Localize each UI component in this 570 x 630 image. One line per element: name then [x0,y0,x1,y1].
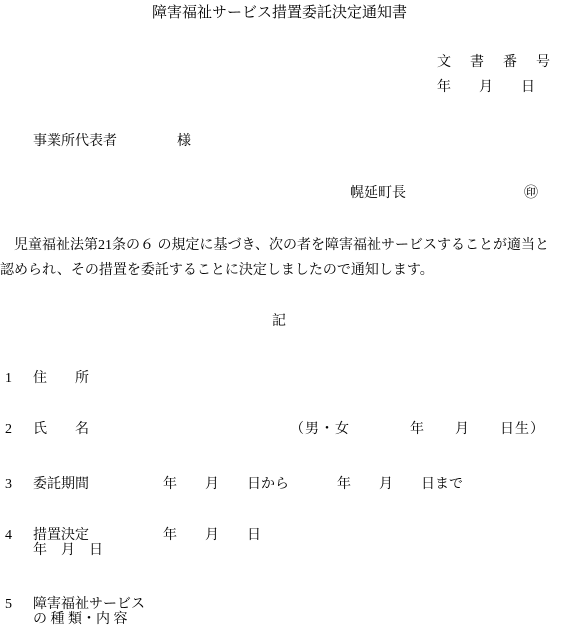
item-label-decision: 措置決定 [33,528,89,544]
body-paragraph-line1: 児童福祉法第21条の６ の規定に基づき、次の者を障害福祉サービスすることが適当と [0,238,549,254]
body-paragraph-line2: 認められ、その措置を委託することに決定しましたので通知します。 [0,263,434,279]
document-page: 障害福祉サービス措置委託決定通知書 文 書 番 号 年 月 日 事業所代表者 様… [0,0,570,630]
seal-mark-icon: ㊞ [524,186,538,202]
item-number: 4 [5,528,12,544]
doc-date-placeholder: 年 月 日 [437,80,535,96]
item-number: 5 [5,597,12,613]
list-marker: 記 [272,314,286,330]
decision-date-fields: 年 月 日 [163,528,261,544]
issuer-title: 幌延町長 [350,186,406,202]
addressee-honorific: 様 [177,134,191,150]
birth-date-fields: （男・女 年 月 日生） [290,422,545,438]
item-label-period: 委託期間 [33,477,89,493]
item-number: 1 [5,371,12,387]
item-number: 2 [5,422,12,438]
item-label-service-line2: の 種 類・内 容 [33,612,128,628]
item-label-decision-line2: 年 月 日 [33,543,103,559]
addressee-label: 事業所代表者 [33,134,117,150]
item-number: 3 [5,477,12,493]
period-to-fields: 年 月 日まで [337,477,463,493]
item-label-name: 氏 名 [33,422,89,438]
doc-number-label: 文 書 番 号 [437,55,553,71]
item-label-address: 住 所 [33,371,89,387]
item-label-service: 障害福祉サービス [33,597,145,613]
period-from-fields: 年 月 日から [163,477,289,493]
document-title: 障害福祉サービス措置委託決定通知書 [152,5,407,22]
